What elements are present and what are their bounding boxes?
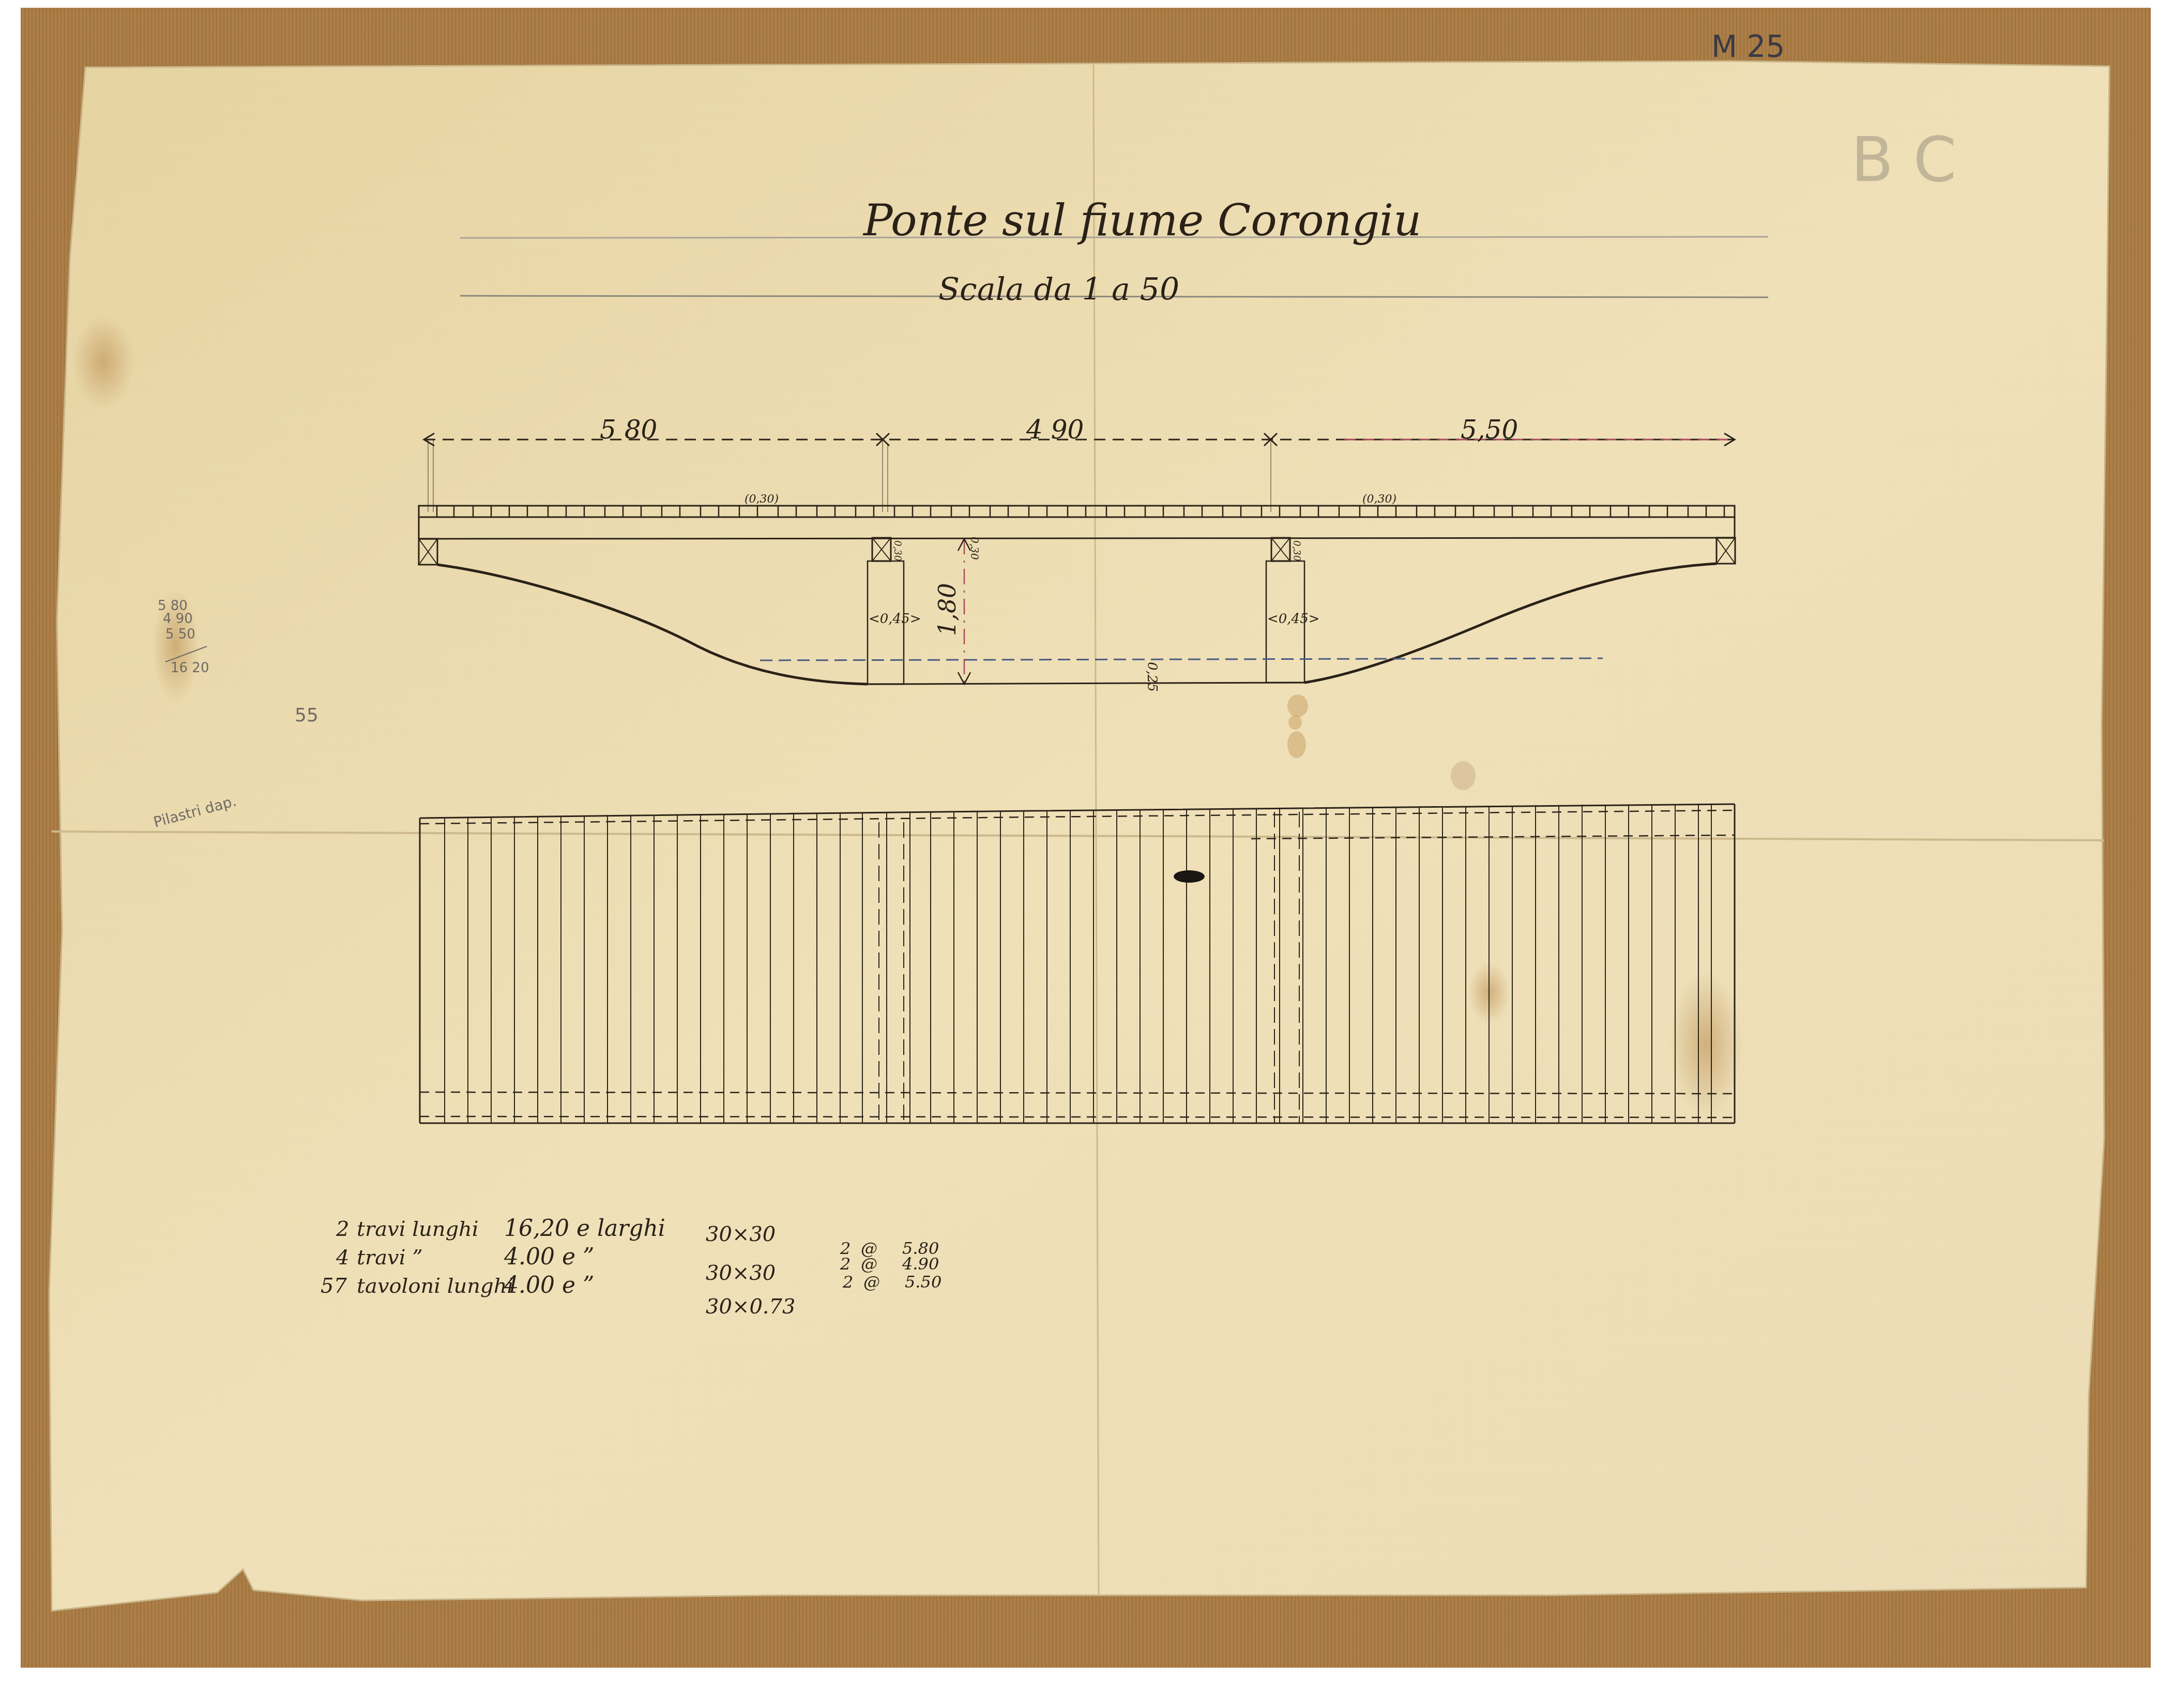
svg-text:travi lunghi: travi lunghi [357, 1217, 479, 1241]
cap-height-left-dim: 0,30 [892, 540, 903, 561]
svg-text:16,20 e larghi: 16,20 e larghi [504, 1215, 665, 1242]
span-right-dim: 5,50 [1461, 415, 1518, 445]
drawing-scale: Scala da 1 a 50 [938, 271, 1179, 308]
water-depth-dim: 0,25 [1144, 662, 1160, 692]
svg-text:2: 2 [842, 1272, 853, 1292]
catalog-mark: M 25 [1711, 29, 1785, 64]
svg-text:tavoloni lunghi: tavoloni lunghi [357, 1274, 513, 1298]
svg-text:4.00 e ”: 4.00 e ” [504, 1272, 594, 1298]
svg-text:16 20: 16 20 [171, 660, 209, 676]
svg-text:4.90: 4.90 [902, 1254, 939, 1274]
clear-height-dim: 1,80 [933, 583, 961, 636]
drawing-sheet: M 25 B C Ponte sul fiume Corongiu Scala … [0, 0, 2172, 1708]
svg-text:55: 55 [295, 705, 318, 726]
beam-depth-dim: 0,30 [968, 537, 981, 560]
svg-text:2: 2 [840, 1254, 850, 1274]
svg-text:2: 2 [336, 1217, 349, 1241]
svg-text:57: 57 [321, 1274, 347, 1298]
svg-text:30×30: 30×30 [706, 1222, 776, 1246]
svg-text:5 50: 5 50 [165, 627, 195, 642]
svg-text:30×30: 30×30 [706, 1261, 776, 1285]
cap-height-right-dim: 0,30 [1291, 540, 1302, 561]
svg-text:travi ”: travi ” [357, 1246, 423, 1269]
plank-width-left-dim: (0,30) [745, 493, 779, 506]
svg-text:4 90: 4 90 [163, 611, 193, 627]
svg-text:@: @ [861, 1254, 877, 1274]
svg-text:@: @ [863, 1272, 880, 1292]
svg-text:5.50: 5.50 [905, 1272, 941, 1292]
plank-width-right-dim: (0,30) [1362, 493, 1396, 506]
pencil-mark: B C [1851, 124, 1956, 196]
drawing-title: Ponte sul fiume Corongiu [862, 195, 1421, 246]
svg-text:4: 4 [336, 1246, 349, 1269]
span-left-dim: 5 80 [600, 415, 657, 445]
span-middle-dim: 4 90 [1026, 415, 1084, 445]
pier-width-right-dim: <0,45> [1267, 611, 1319, 627]
ink-blot [1174, 870, 1205, 883]
pier-width-left-dim: <0,45> [869, 611, 921, 627]
svg-text:4.00 e ”: 4.00 e ” [504, 1244, 594, 1270]
svg-text:30×0.73: 30×0.73 [706, 1295, 795, 1319]
